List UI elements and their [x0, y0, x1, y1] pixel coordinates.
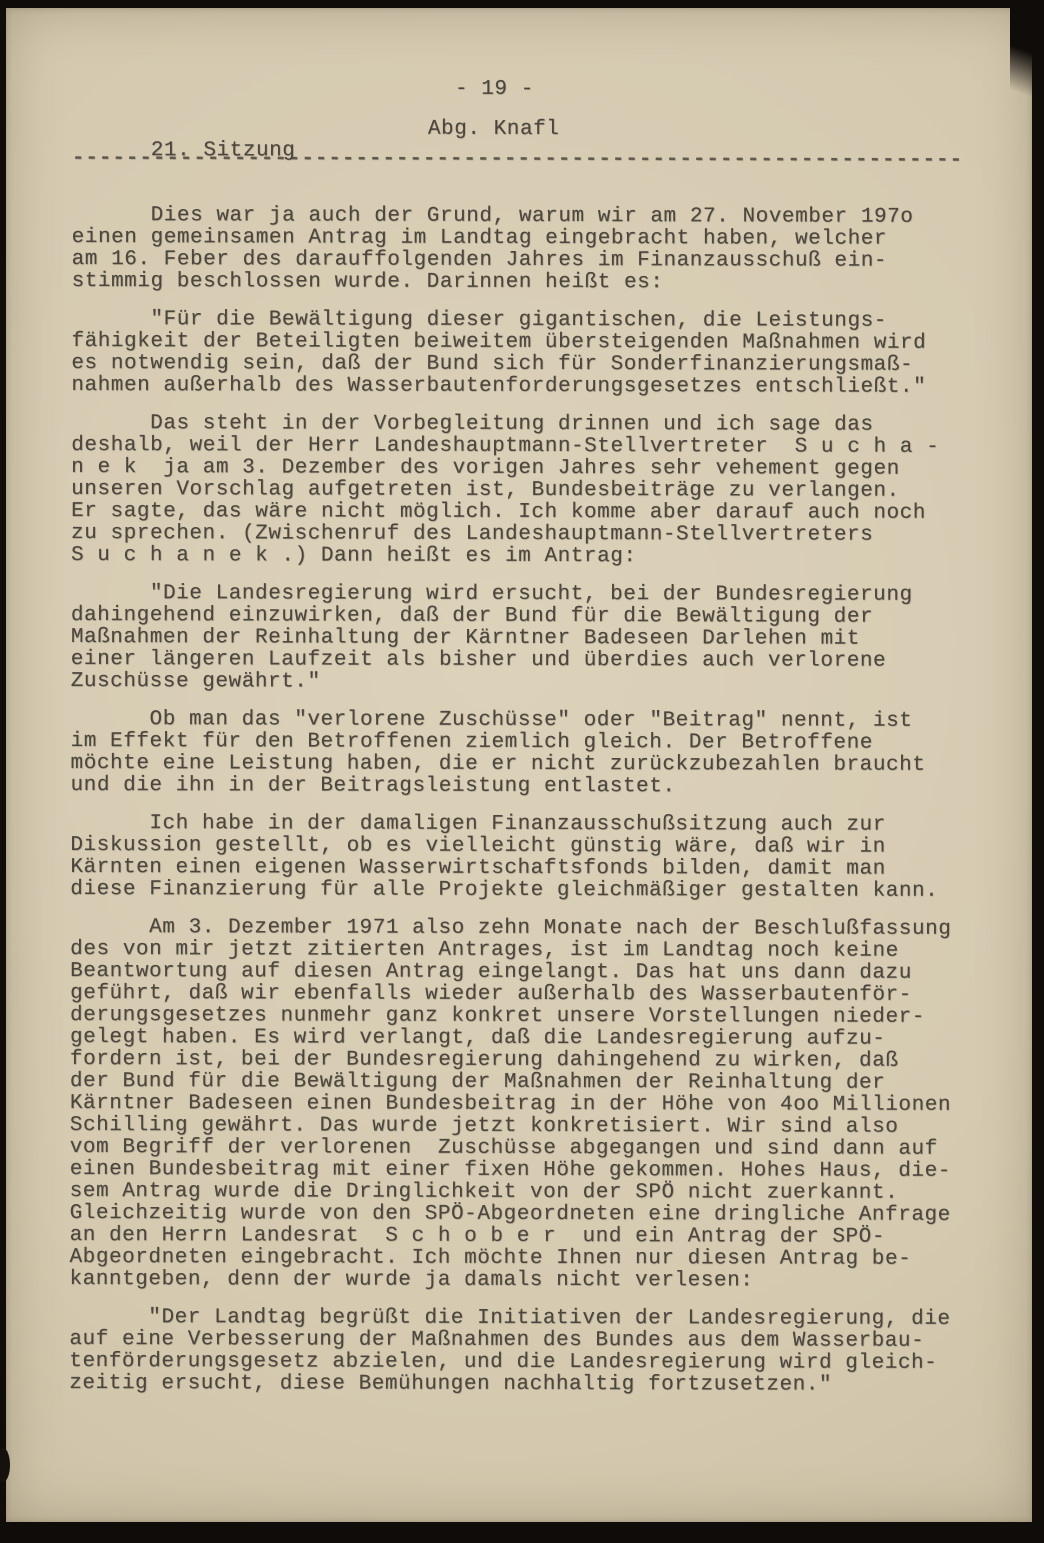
paragraph: Das steht in der Vorbegleitung drinnen u… [71, 413, 953, 569]
page-content: - 19 - 21. Sitzung Abg. Knafl ----------… [72, 78, 982, 212]
page-sheet: - 19 - 21. Sitzung Abg. Knafl ----------… [6, 8, 1032, 1522]
paragraph: Ich habe in der damaligen Finanzausschuß… [70, 813, 951, 903]
speaker-label: Abg. Knafl [428, 119, 560, 141]
header-row: 21. Sitzung Abg. Knafl [72, 118, 972, 142]
paragraph: Dies war ja auch der Grund, warum wir am… [72, 205, 953, 295]
paragraph: "Die Landesregierung wird ersucht, bei d… [71, 583, 952, 695]
paragraph: Am 3. Dezember 1971 also zehn Monate nac… [69, 917, 951, 1293]
paragraph: Ob man das "verlorene Zuschüsse" oder "B… [70, 709, 951, 799]
scan-edge-shadow [1010, 8, 1032, 128]
document-body: Dies war ja auch der Grund, warum wir am… [69, 205, 953, 1413]
page-number: - 19 - [455, 79, 534, 101]
paragraph: "Der Landtag begrüßt die Initiativen der… [69, 1307, 950, 1397]
header-divider: ----------------------------------------… [72, 148, 963, 172]
paragraph: "Für die Bewältigung dieser gigantischen… [71, 309, 952, 399]
